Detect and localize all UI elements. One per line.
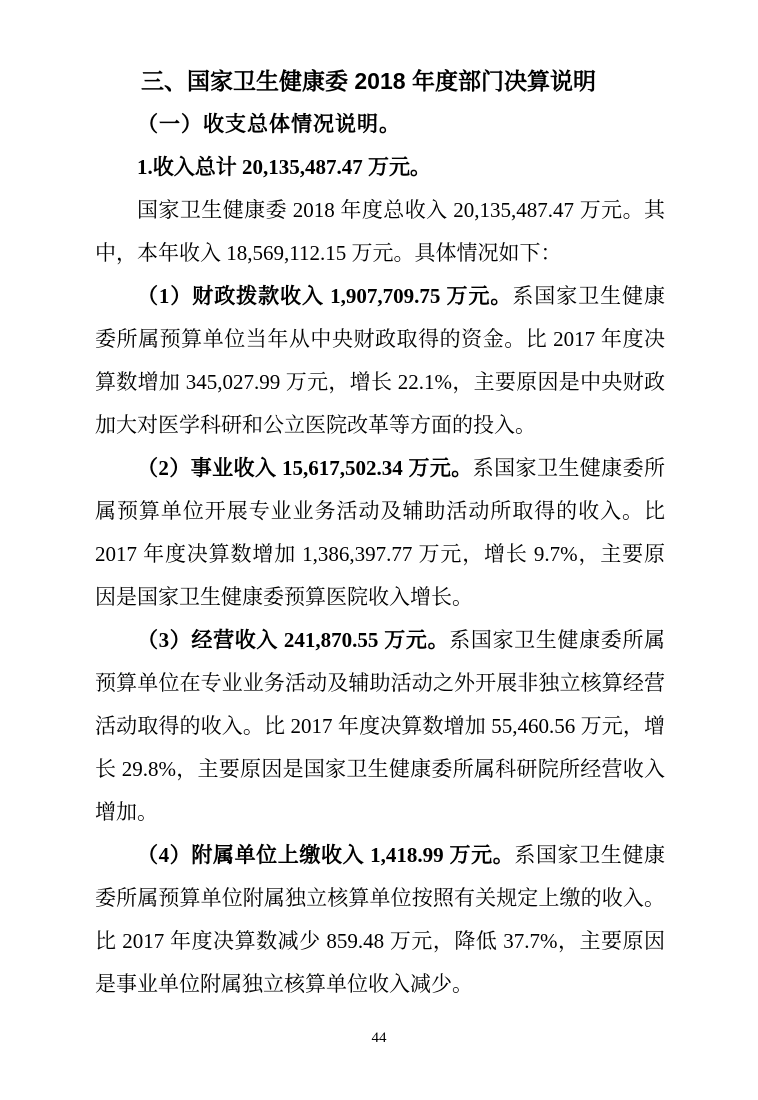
page-number: 44 — [0, 1028, 758, 1048]
income-item-4-lead: （4）附属单位上缴收入 1,418.99 万元。 — [137, 843, 514, 867]
income-item-4: （4）附属单位上缴收入 1,418.99 万元。系国家卫生健康委所属预算单位附属… — [95, 834, 665, 1006]
income-item-3-lead: （3）经营收入 241,870.55 万元。 — [137, 628, 449, 652]
income-item-1: （1）财政拨款收入 1,907,709.75 万元。系国家卫生健康委所属预算单位… — [95, 275, 665, 447]
income-item-1-lead: （1）财政拨款收入 1,907,709.75 万元。 — [137, 284, 512, 308]
subsection-heading: 1.收入总计 20,135,487.47 万元。 — [95, 146, 665, 189]
income-item-3-text: 系国家卫生健康委所属预算单位在专业业务活动及辅助活动之外开展非独立核算经营活动取… — [95, 628, 665, 824]
document-page: 三、国家卫生健康委 2018 年度部门决算说明 （一）收支总体情况说明。 1.收… — [0, 0, 758, 1100]
document-body: 三、国家卫生健康委 2018 年度部门决算说明 （一）收支总体情况说明。 1.收… — [95, 60, 665, 1006]
income-item-2-lead: （2）事业收入 15,617,502.34 万元。 — [137, 456, 473, 480]
section-heading: （一）收支总体情况说明。 — [95, 103, 665, 146]
intro-paragraph: 国家卫生健康委 2018 年度总收入 20,135,487.47 万元。其中，本… — [95, 189, 665, 275]
income-item-2: （2）事业收入 15,617,502.34 万元。系国家卫生健康委所属预算单位开… — [95, 447, 665, 619]
income-item-3: （3）经营收入 241,870.55 万元。系国家卫生健康委所属预算单位在专业业… — [95, 619, 665, 834]
document-title: 三、国家卫生健康委 2018 年度部门决算说明 — [95, 60, 665, 103]
